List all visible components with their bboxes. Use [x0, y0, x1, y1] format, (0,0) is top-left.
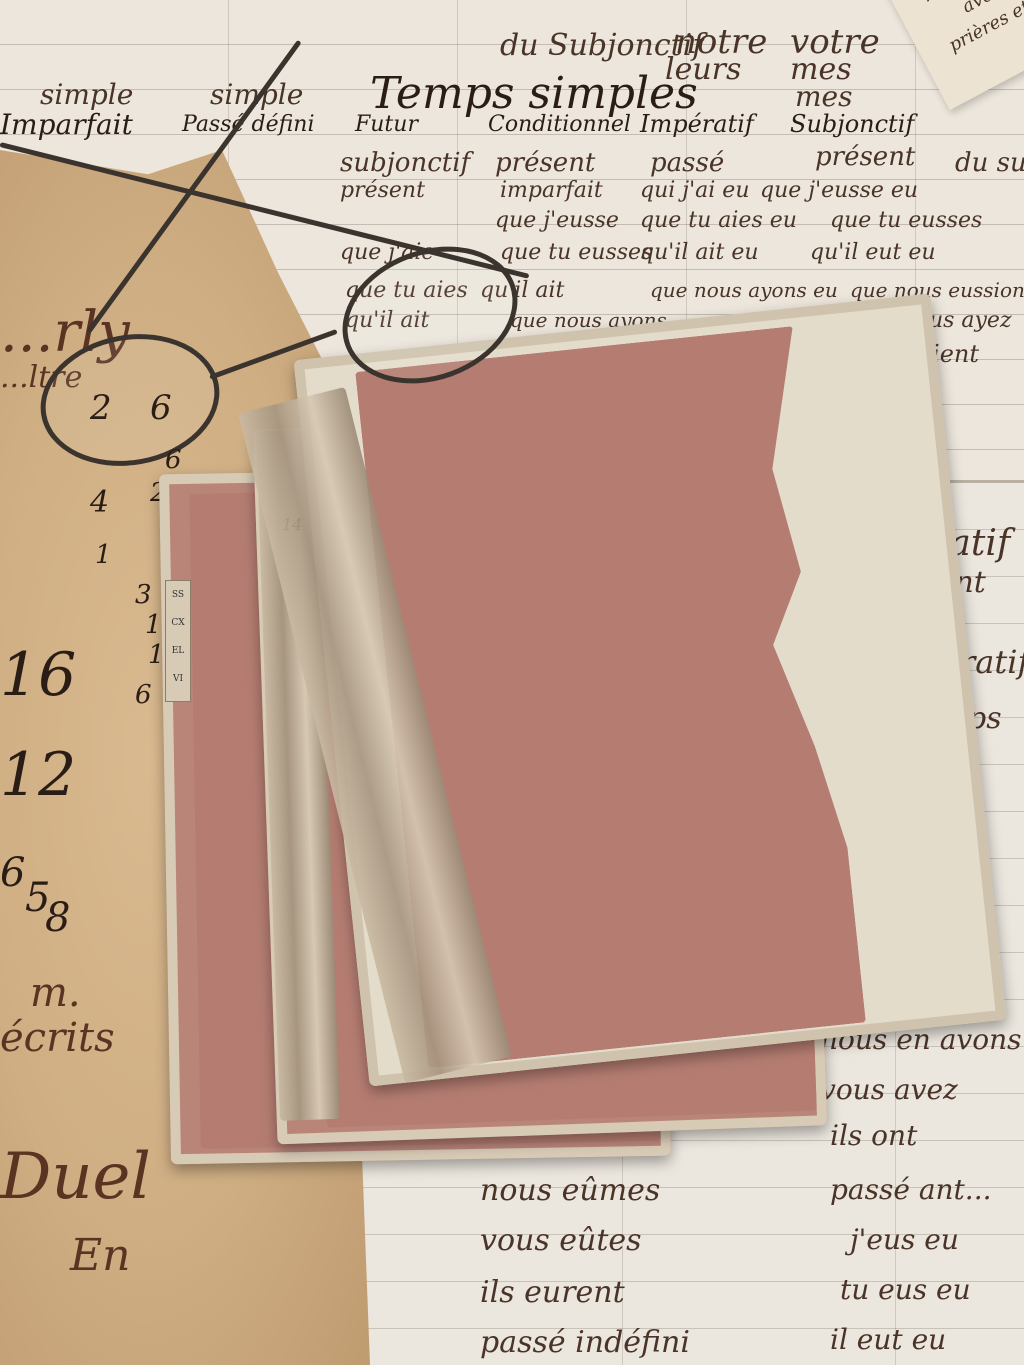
ledger-column-header: Subjonctif [790, 110, 914, 138]
ledger-text: que tu eusses [830, 208, 982, 233]
parchment-word: m. [30, 970, 81, 1016]
parchment-number: 4 [90, 485, 109, 520]
ledger-text: mes [795, 80, 853, 113]
ledger-text: que j'eusse [495, 208, 619, 233]
ledger-text: il eut eu [830, 1323, 946, 1356]
ledger-text: ils eurent [480, 1275, 625, 1310]
ledger-text: qu'il ait eu [640, 240, 759, 265]
ledger-text: nous eûmes [480, 1173, 660, 1208]
ledger-text: tu eus eu [840, 1273, 971, 1306]
parchment-number: 2 [90, 388, 112, 428]
ledger-text: que j'eusse eu [760, 178, 918, 203]
ledger-text: passé [650, 148, 724, 178]
parchment-number: 16 [0, 640, 76, 710]
parchment-number: 1 [95, 540, 112, 570]
parchment-number: 3 [135, 580, 152, 610]
parchment-number: 6 [135, 680, 152, 710]
ledger-text: vous eûtes [480, 1223, 642, 1258]
parchment-number: 8 [45, 895, 70, 941]
parchment-number: 12 [0, 740, 76, 810]
ledger-text: que nous ayons eu [650, 278, 838, 302]
ledger-text: du subj [955, 148, 1024, 178]
ledger-text: qui j'ai eu [640, 178, 749, 203]
ledger-column-header: Imparfait [0, 108, 133, 141]
book-spine-label: SS CX EL VI [165, 580, 191, 702]
ledger-column-header: Futur [355, 112, 418, 137]
photo-scene: du Subjonctif notre votre leurs mes Temp… [0, 0, 1024, 1365]
ledger-text: qu'il eut eu [810, 240, 936, 265]
ledger-text: imparfait [500, 178, 603, 203]
ledger-column-header: Conditionnel [488, 112, 631, 137]
spine-label-text: EL [166, 637, 190, 665]
ledger-text: que tu eusses [500, 240, 652, 265]
parchment-number: 6 [165, 445, 182, 475]
ledger-text: ils ont [830, 1119, 917, 1152]
ledger-text: subjonctif [340, 148, 470, 178]
parchment-number: 6 [150, 388, 172, 428]
parchment-number: 1 [145, 610, 162, 640]
ledger-text: présent [340, 178, 425, 203]
ledger-text: que tu aies eu [640, 208, 797, 233]
spine-label-text: VI [166, 665, 190, 693]
parchment-word: Duel [0, 1140, 151, 1214]
spine-label-text: CX [166, 609, 190, 637]
ledger-text: passé ant... [830, 1173, 992, 1206]
ledger-text: présent [495, 148, 595, 178]
ledger-column-header: Impératif [640, 110, 754, 138]
parchment-word: écrits [0, 1015, 115, 1061]
ledger-text: simple [40, 78, 133, 111]
ledger-text: passé indéfini [480, 1325, 690, 1360]
parchment-number: 6 [0, 850, 25, 896]
ledger-text: j'eus eu [850, 1223, 959, 1256]
spine-label-text: SS [166, 581, 190, 609]
ledger-text: vous avez [820, 1073, 958, 1106]
parchment-word: En [70, 1230, 130, 1281]
ledger-text: présent [815, 142, 915, 172]
